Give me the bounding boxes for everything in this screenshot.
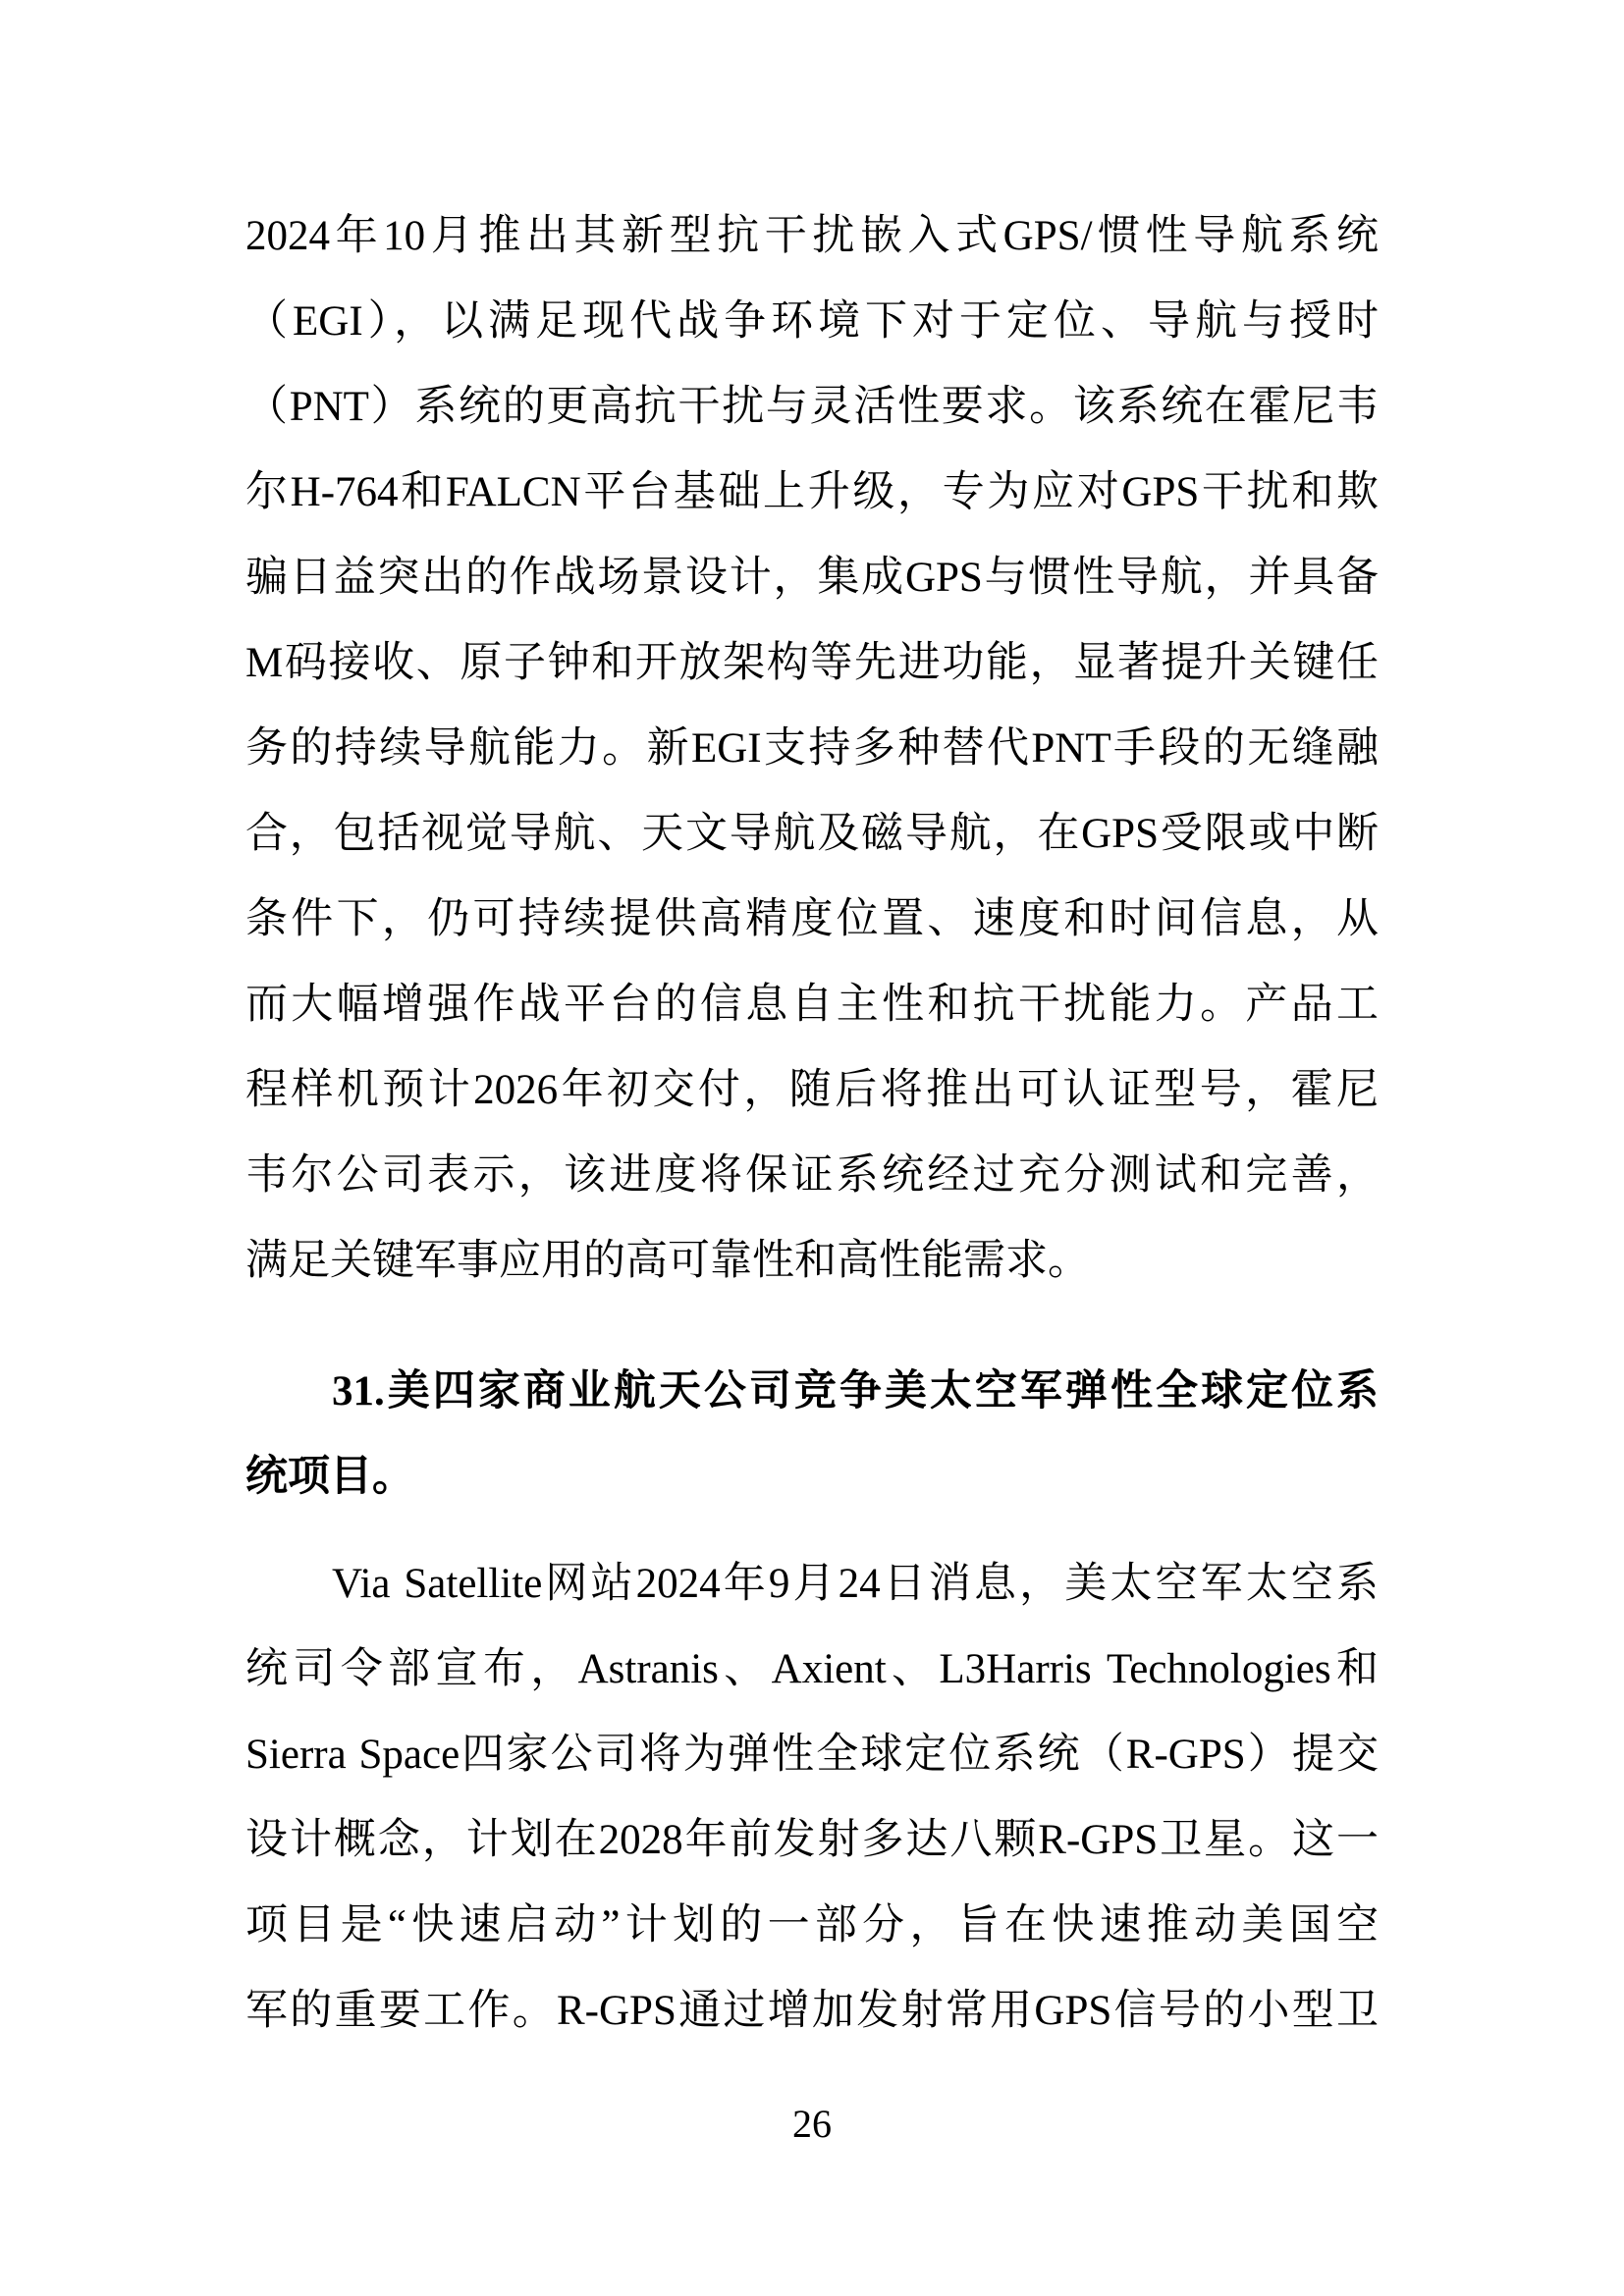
text-line: 务的持续导航能力。新EGI支持多种替代PNT手段的无缝融 — [245, 706, 1379, 791]
text-line: 2024年10月推出其新型抗干扰嵌入式GPS/惯性导航系统 — [245, 193, 1379, 279]
document-content: 2024年10月推出其新型抗干扰嵌入式GPS/惯性导航系统（EGI），以满足现代… — [245, 193, 1379, 2054]
text-line: 尔H-764和FALCN平台基础上升级，专为应对GPS干扰和欺 — [245, 450, 1379, 535]
text-line: 而大幅增强作战平台的信息自主性和抗干扰能力。产品工 — [245, 962, 1379, 1047]
document-page: 2024年10月推出其新型抗干扰嵌入式GPS/惯性导航系统（EGI），以满足现代… — [0, 0, 1624, 2296]
text-line: 韦尔公司表示，该进度将保证系统经过充分测试和完善， — [245, 1133, 1379, 1218]
text-line: 程样机预计2026年初交付，随后将推出可认证型号，霍尼 — [245, 1047, 1379, 1133]
text-line: 设计概念，计划在2028年前发射多达八颗R-GPS卫星。这一 — [245, 1797, 1379, 1883]
text-line: 统项目。 — [245, 1434, 1379, 1520]
text-line: （EGI），以满足现代战争环境下对于定位、导航与授时 — [245, 279, 1379, 364]
text-line: Via Satellite网站2024年9月24日消息，美太空军太空系 — [245, 1541, 1379, 1627]
section-heading: 31.美四家商业航天公司竞争美太空军弹性全球定位系统项目。 — [245, 1349, 1379, 1520]
text-line: 军的重要工作。R-GPS通过增加发射常用GPS信号的小型卫 — [245, 1968, 1379, 2054]
paragraph-egi-continuation: 2024年10月推出其新型抗干扰嵌入式GPS/惯性导航系统（EGI），以满足现代… — [245, 193, 1379, 1304]
paragraph-via-satellite: Via Satellite网站2024年9月24日消息，美太空军太空系统司令部宣… — [245, 1541, 1379, 2054]
text-line: Sierra Space四家公司将为弹性全球定位系统（R-GPS）提交 — [245, 1712, 1379, 1797]
text-line: 满足关键军事应用的高可靠性和高性能需求。 — [245, 1218, 1379, 1304]
text-line: M码接收、原子钟和开放架构等先进功能，显著提升关键任 — [245, 620, 1379, 706]
text-line: 统司令部宣布，Astranis、Axient、L3Harris Technolo… — [245, 1627, 1379, 1712]
page-number: 26 — [0, 2103, 1624, 2146]
text-line: （PNT）系统的更高抗干扰与灵活性要求。该系统在霍尼韦 — [245, 364, 1379, 450]
text-line: 骗日益突出的作战场景设计，集成GPS与惯性导航，并具备 — [245, 535, 1379, 620]
text-line: 条件下，仍可持续提供高精度位置、速度和时间信息，从 — [245, 877, 1379, 962]
text-line: 31.美四家商业航天公司竞争美太空军弹性全球定位系 — [245, 1349, 1379, 1434]
text-line: 合，包括视觉导航、天文导航及磁导航，在GPS受限或中断 — [245, 791, 1379, 877]
text-line: 项目是“快速启动”计划的一部分，旨在快速推动美国空 — [245, 1883, 1379, 1968]
